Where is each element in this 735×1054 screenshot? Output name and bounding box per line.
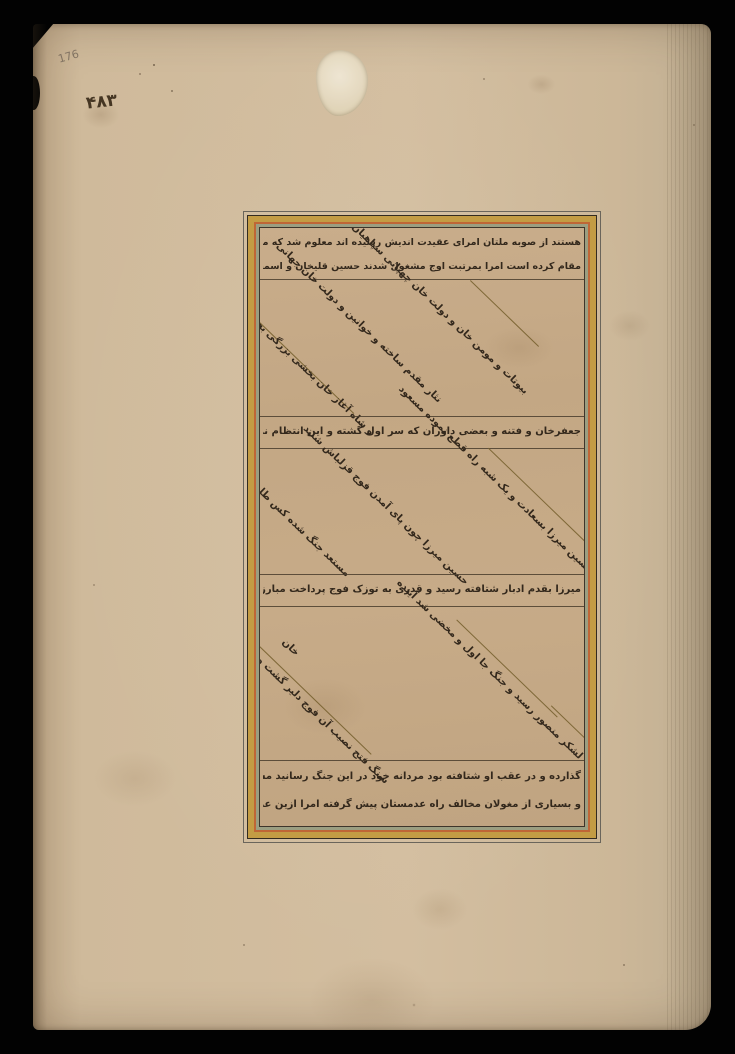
photo-background: 176 ۴۸۳ هستند از صوبه ملتان امرای عقیدت …: [0, 0, 735, 1054]
header-line-1: هستند از صوبه ملتان امرای عقیدت اندیش رس…: [263, 230, 581, 255]
panel-red-rule: هستند از صوبه ملتان امرای عقیدت اندیش رس…: [254, 222, 590, 832]
diagonal-line: مستعد جنگ شده کس طلب میرزا نمود: [259, 459, 352, 580]
diagonal-rule: [488, 448, 585, 549]
diagonal-rule: [456, 620, 557, 718]
text-panel-frame: هستند از صوبه ملتان امرای عقیدت اندیش رس…: [243, 211, 601, 843]
foxing-specks: [153, 64, 155, 66]
diagonal-line: حسین میرزا بسعادت و یک شبه راه قطع نموده…: [456, 442, 585, 577]
pencil-number: 176: [57, 47, 81, 65]
diagonal-line: لشکر منصور رسید و جنگ جا اول و مخضی شد آ…: [439, 621, 585, 763]
panel-green-rule: هستند از صوبه ملتان امرای عقیدت اندیش رس…: [256, 224, 588, 830]
manuscript-page: 176 ۴۸۳ هستند از صوبه ملتان امرای عقیدت …: [33, 24, 711, 1030]
bottom-line-1: گذارده و در عقب او شتافته بود مردانه خود…: [263, 762, 581, 791]
diagonal-rule: [470, 280, 539, 347]
bottom-line-2: و بسیاری از مغولان مخالف راه عدمستان پیش…: [263, 791, 581, 819]
text-divider-rule: [260, 448, 584, 449]
edge-notch: [31, 76, 40, 110]
repair-patch: [316, 50, 368, 116]
folio-number: ۴۸۳: [85, 90, 118, 113]
diagonal-rule: [259, 646, 371, 754]
panel-gold-border: هستند از صوبه ملتان امرای عقیدت اندیش رس…: [248, 216, 596, 838]
text-panel: هستند از صوبه ملتان امرای عقیدت اندیش رس…: [259, 227, 585, 827]
text-divider-rule: [260, 760, 584, 761]
corner-chip: [32, 23, 54, 49]
